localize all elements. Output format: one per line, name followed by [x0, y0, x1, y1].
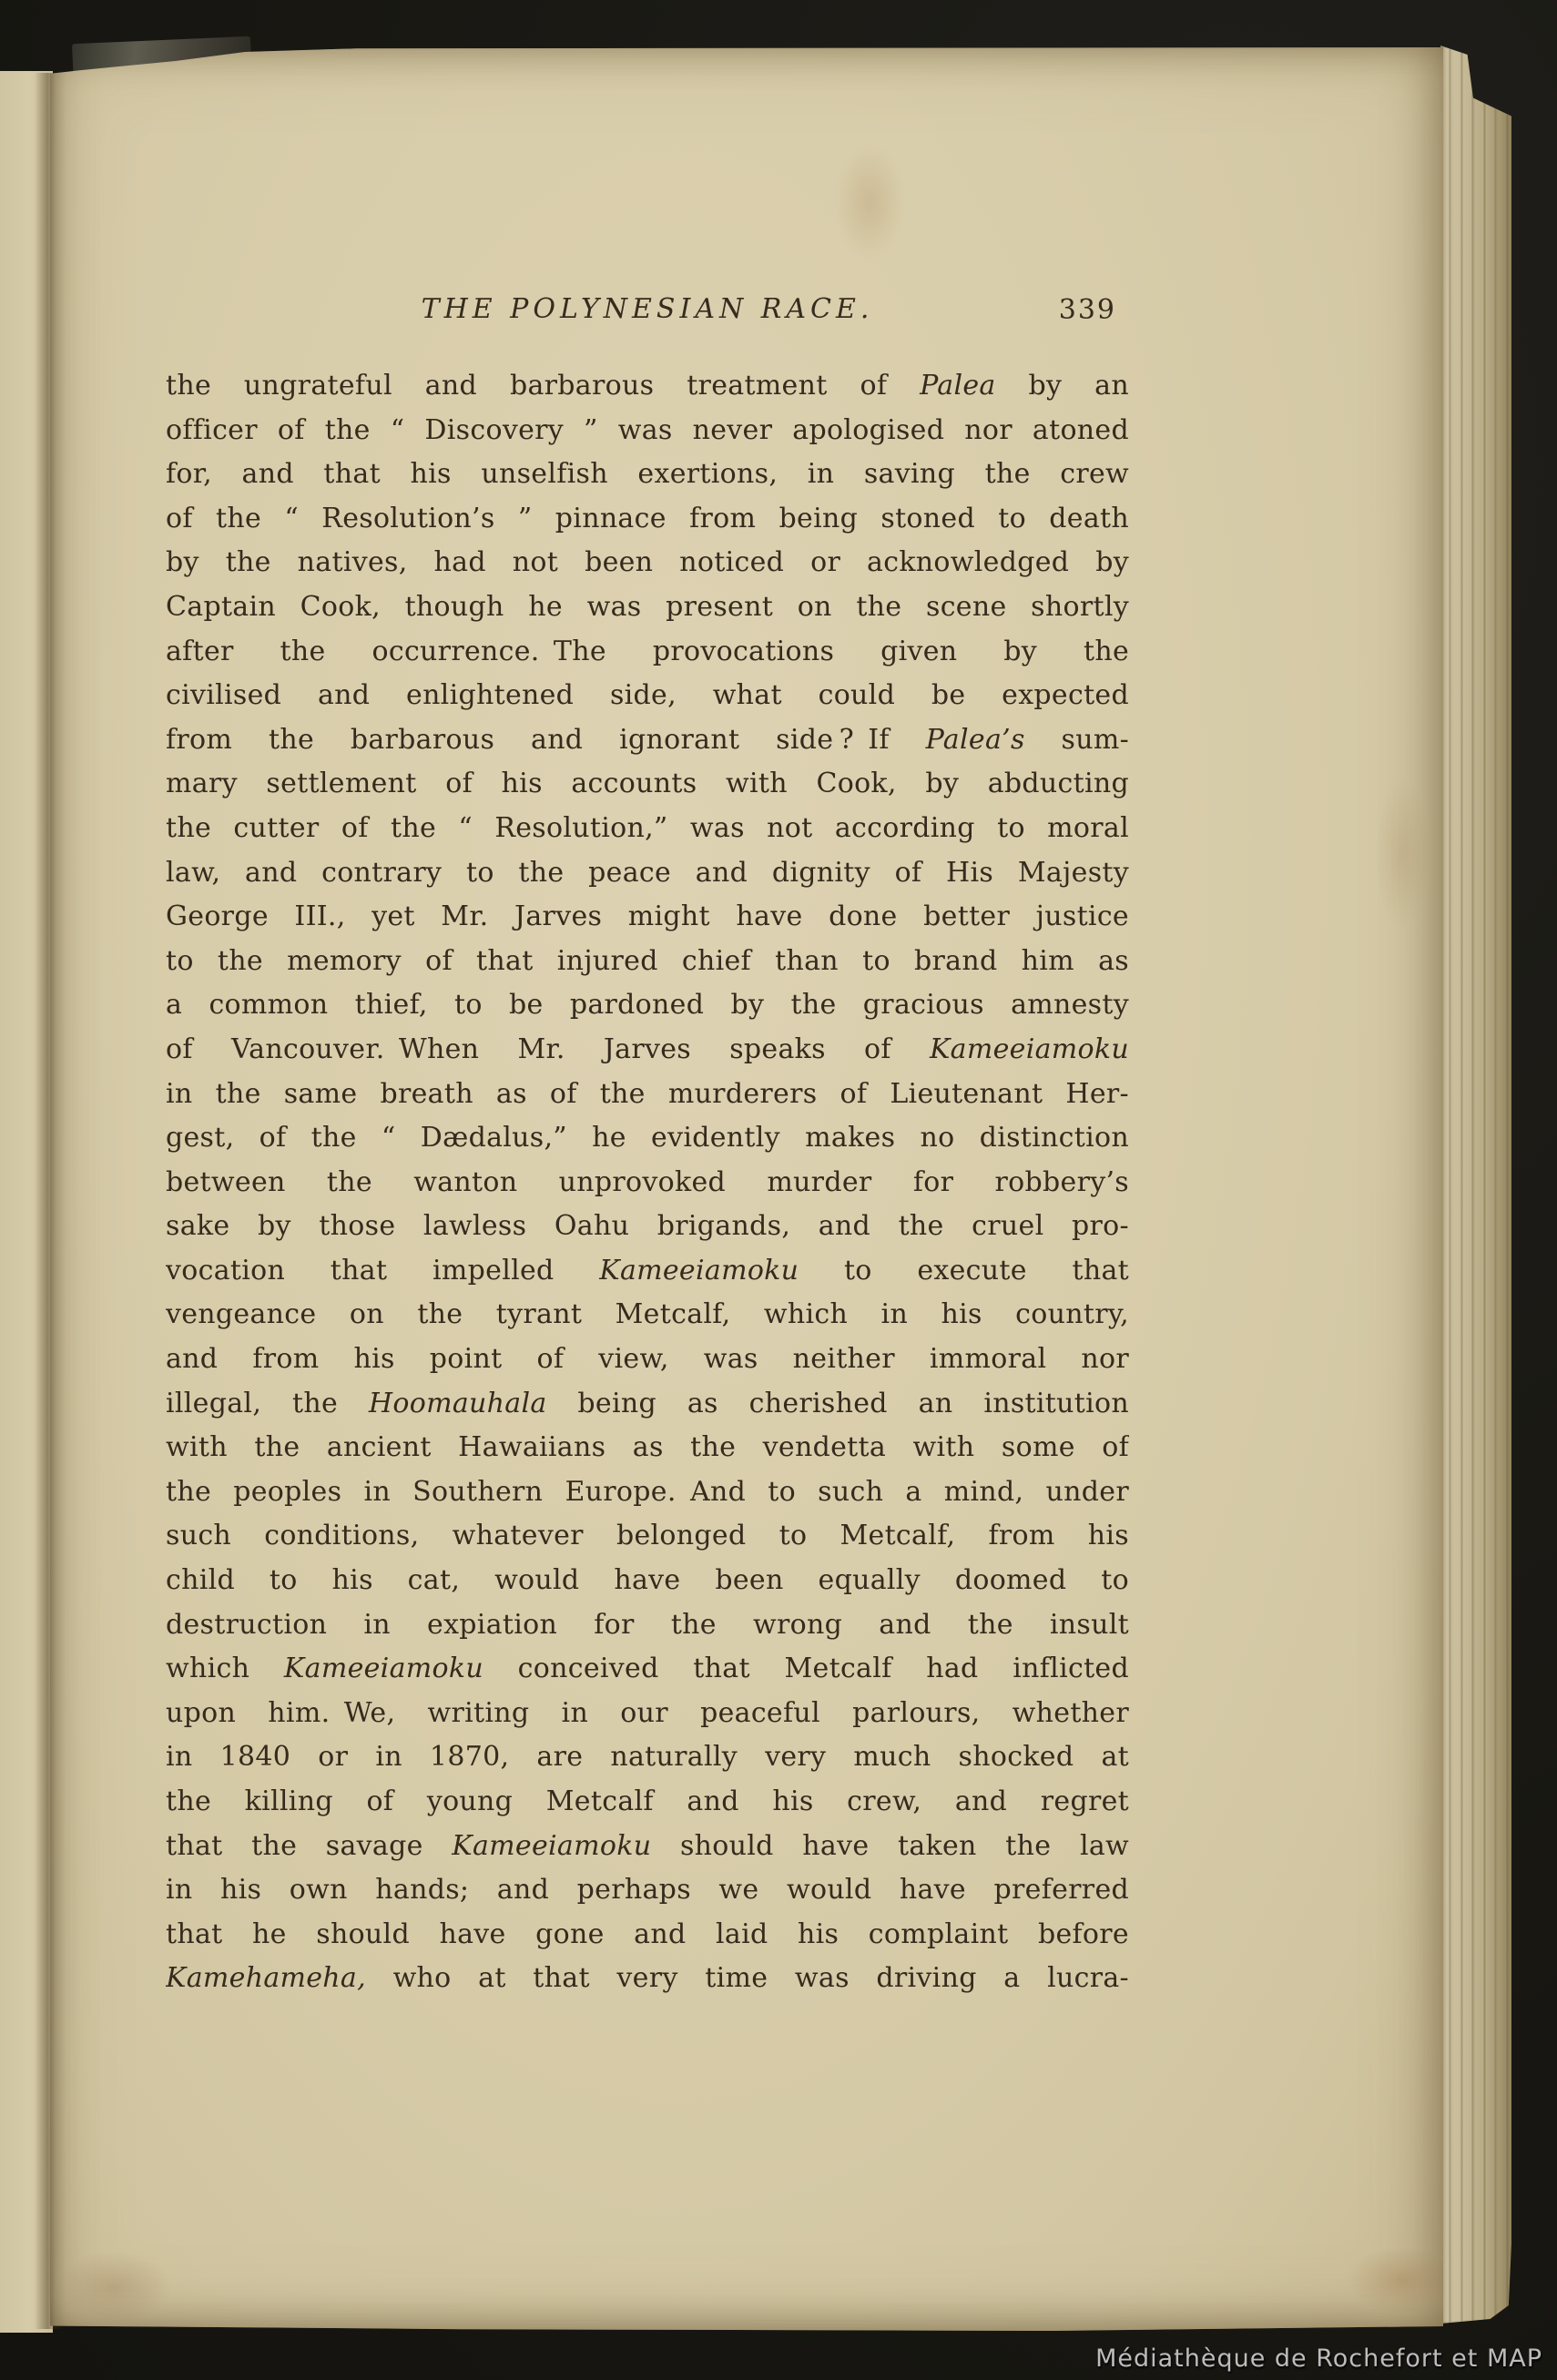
text-line: mary settlement of his accounts with Coo…: [166, 762, 1129, 807]
text-line: after the occurrence. The provocations g…: [166, 630, 1129, 675]
text-line: and from his point of view, was neither …: [166, 1337, 1129, 1382]
photo-background: { "header": { "title": "THE POLYNESIAN R…: [0, 0, 1557, 2380]
paper-stain: [1375, 776, 1430, 931]
text-line: that he should have gone and laid his co…: [166, 1913, 1129, 1958]
text-line: between the wanton unprovoked murder for…: [166, 1161, 1129, 1205]
text-line: officer of the “ Discovery ” was never a…: [166, 409, 1129, 453]
text-line: a common thief, to be pardoned by the gr…: [166, 983, 1129, 1028]
text-line: of the “ Resolution’s ” pinnace from bei…: [166, 497, 1129, 542]
watermark: Médiathèque de Rochefort et MAP: [1095, 2344, 1542, 2373]
text-line: from the barbarous and ignorant side ? I…: [166, 718, 1129, 763]
paper-stain: [55, 2251, 173, 2324]
text-line: the killing of young Metcalf and his cre…: [166, 1780, 1129, 1825]
text-line: George III., yet Mr. Jarves might have d…: [166, 895, 1129, 940]
text-line: in the same breath as of the murderers o…: [166, 1073, 1129, 1117]
text-line: civilised and enlightened side, what cou…: [166, 674, 1129, 718]
text-line: upon him. We, writing in our peaceful pa…: [166, 1692, 1129, 1736]
text-line: the ungrateful and barbarous treatment o…: [166, 364, 1129, 409]
page-body: the ungrateful and barbarous treatment o…: [166, 364, 1129, 2001]
text-line: in his own hands; and perhaps we would h…: [166, 1868, 1129, 1913]
text-line: which Kameeiamoku conceived that Metcalf…: [166, 1647, 1129, 1692]
text-line: to the memory of that injured chief than…: [166, 940, 1129, 984]
book-page: THE POLYNESIAN RACE. 339 the ungrateful …: [50, 47, 1443, 2331]
text-line: in 1840 or in 1870, are naturally very m…: [166, 1735, 1129, 1780]
text-line: illegal, the Hoomauhala being as cherish…: [166, 1382, 1129, 1427]
text-line: Captain Cook, though he was present on t…: [166, 585, 1129, 630]
text-line: destruction in expiation for the wrong a…: [166, 1603, 1129, 1648]
paper-stain: [1348, 2246, 1457, 2314]
text-line: with the ancient Hawaiians as the vendet…: [166, 1426, 1129, 1470]
text-line: for, and that his unselfish exertions, i…: [166, 453, 1129, 497]
page-stack-edges: [1440, 46, 1511, 2324]
previous-page-edge: [0, 71, 53, 2333]
text-line: vengeance on the tyrant Metcalf, which i…: [166, 1293, 1129, 1337]
text-line: child to his cat, would have been equall…: [166, 1559, 1129, 1603]
page-header: THE POLYNESIAN RACE. 339: [166, 293, 1129, 335]
text-line: Kamehameha, who at that very time was dr…: [166, 1957, 1129, 2001]
text-line: the cutter of the “ Resolution,” was not…: [166, 807, 1129, 851]
page-number: 339: [1059, 294, 1116, 326]
text-line: of Vancouver. When Mr. Jarves speaks of …: [166, 1028, 1129, 1073]
text-line: that the savage Kameeiamoku should have …: [166, 1825, 1129, 1869]
text-line: gest, of the “ Dædalus,” he evidently ma…: [166, 1116, 1129, 1161]
text-line: such conditions, whatever belonged to Me…: [166, 1514, 1129, 1559]
text-line: by the natives, had not been noticed or …: [166, 541, 1129, 585]
running-title: THE POLYNESIAN RACE.: [166, 293, 1129, 325]
text-line: the peoples in Southern Europe. And to s…: [166, 1470, 1129, 1515]
text-line: law, and contrary to the peace and digni…: [166, 851, 1129, 896]
paper-stain: [833, 143, 906, 261]
text-line: vocation that impelled Kameeiamoku to ex…: [166, 1249, 1129, 1294]
text-line: sake by those lawless Oahu brigands, and…: [166, 1205, 1129, 1249]
